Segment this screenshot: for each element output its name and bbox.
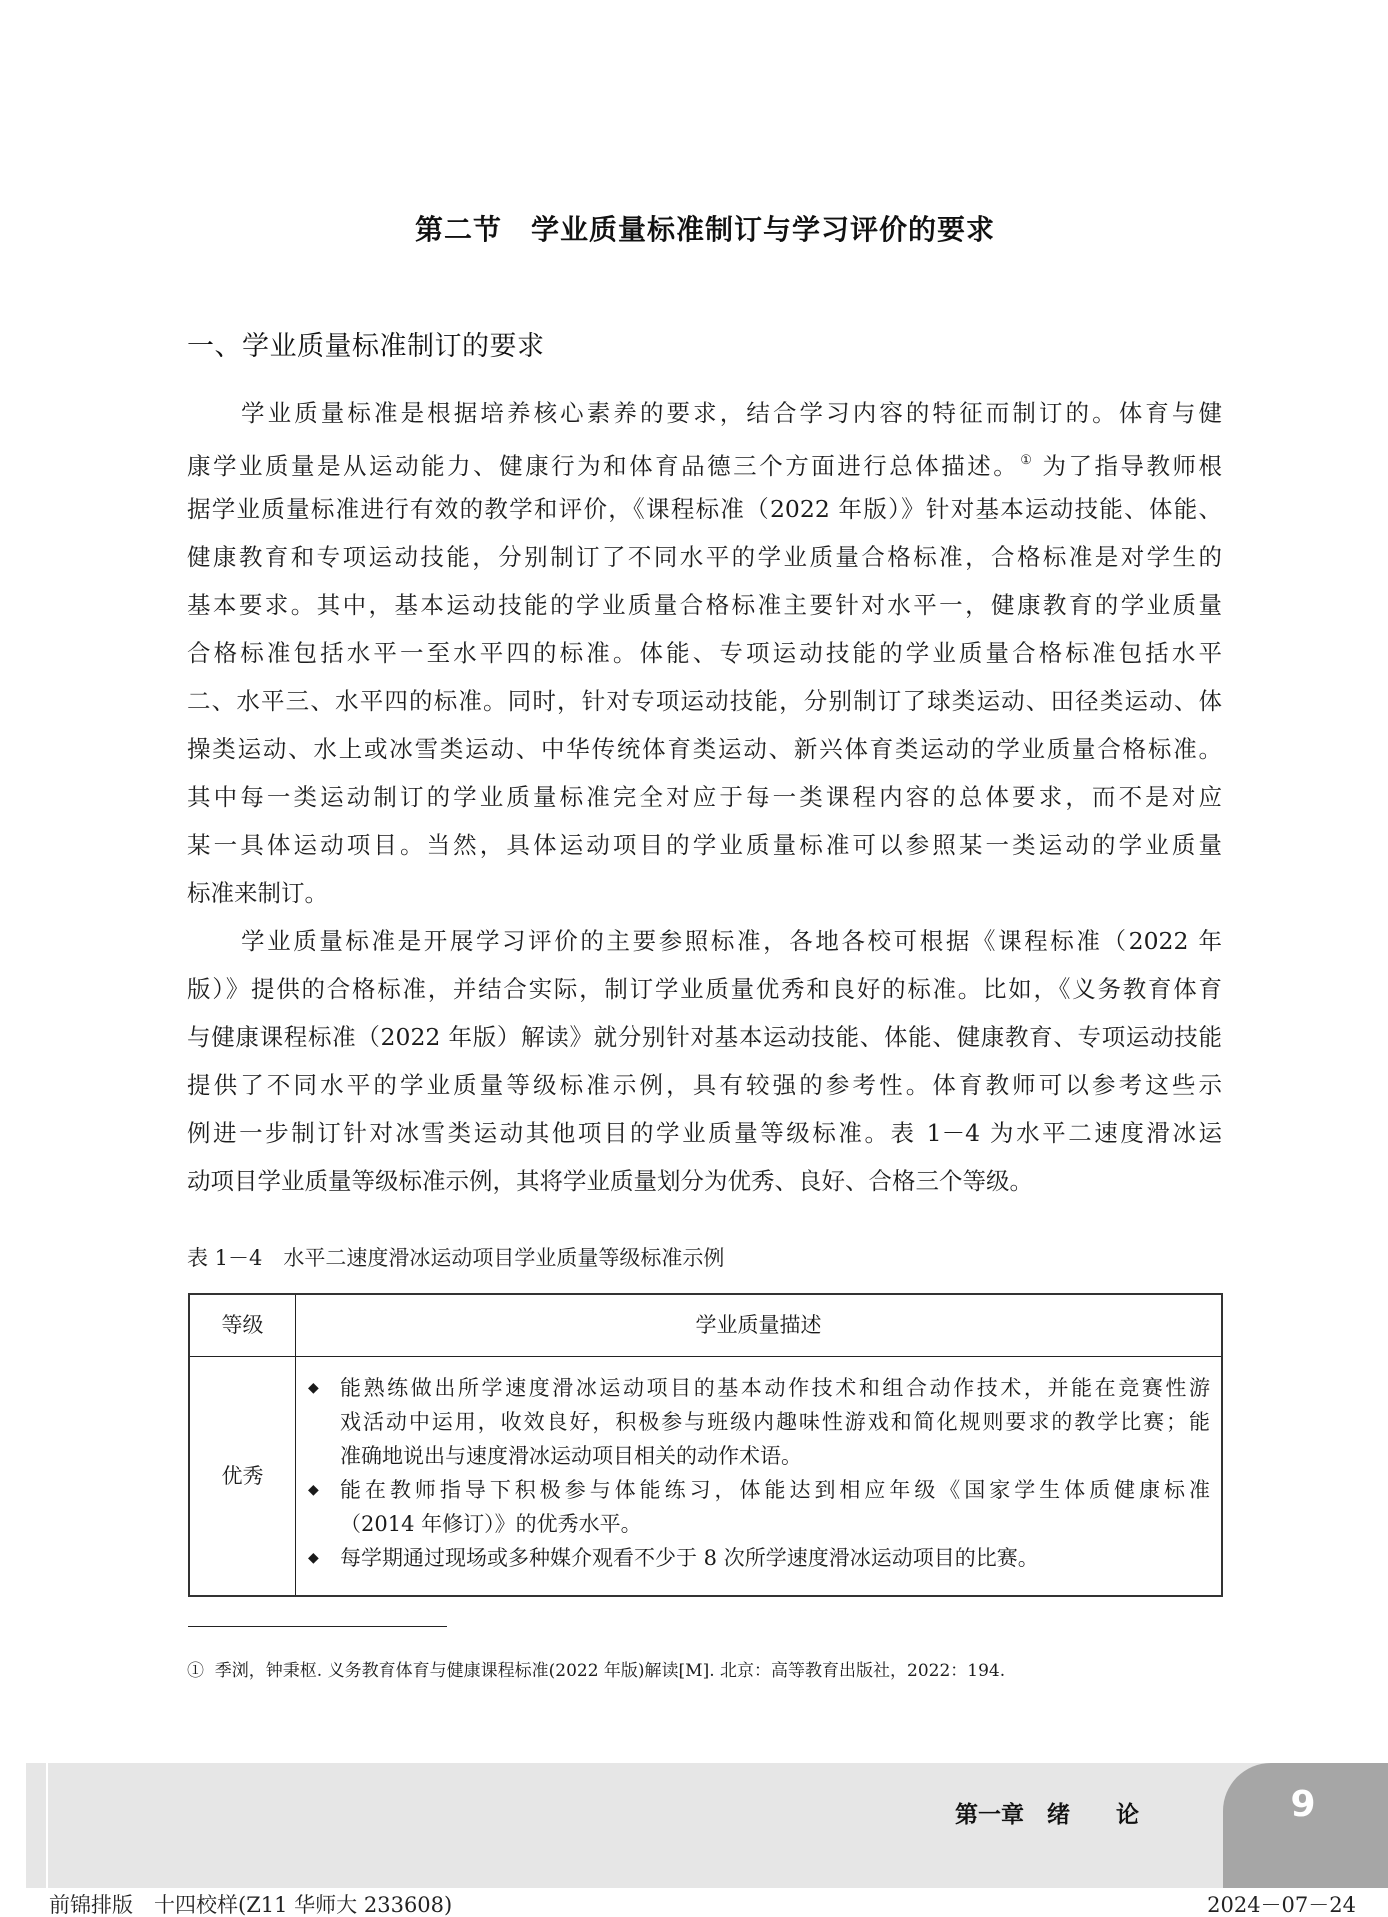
paragraph-line: 学业质量标准是根据培养核心素养的要求，结合学习内容的特征而制订的。体育与健 [241,398,1222,428]
paragraph-line: 学业质量标准是开展学习评价的主要参照标准，各地各校可根据《课程标准（2022 年 [241,926,1222,956]
table-cell-line: 能在教师指导下积极参与体能练习，体能达到相应年级《国家学生体质健康标准 [340,1473,1210,1507]
paragraph-line: 与健康课程标准（2022 年版）解读》就分别针对基本运动技能、体能、健康教育、专… [187,1022,1222,1052]
paragraph-line: 据学业质量标准进行有效的教学和评价，《课程标准（2022 年版）》针对基本运动技… [187,494,1222,524]
paragraph-line: 动项目学业质量等级标准示例，其将学业质量划分为优秀、良好、合格三个等级。 [187,1166,1222,1196]
table-cell-line: 能熟练做出所学速度滑冰运动项目的基本动作技术和组合动作技术，并能在竞赛性游 [340,1371,1210,1405]
sub-heading: 一、学业质量标准制订的要求 [187,324,545,363]
table-caption: 表 1－4 水平二速度滑冰运动项目学业质量等级标准示例 [187,1242,724,1272]
page-number-tab [1223,1763,1388,1888]
table-column-divider [295,1295,296,1595]
paragraph-line: 二、水平三、水平四的标准。同时，针对专项运动技能，分别制订了球类运动、田径类运动… [187,686,1222,716]
table-cell-line: 每学期通过现场或多种媒介观看不少于 8 次所学速度滑冰运动项目的比赛。 [340,1541,1210,1575]
diamond-bullet-icon: ◆ [308,1541,319,1575]
table-header-description: 学业质量描述 [296,1309,1221,1339]
paragraph-line: 基本要求。其中，基本运动技能的学业质量合格标准主要针对水平一，健康教育的学业质量 [187,590,1222,620]
print-info: 前锦排版 十四校样(Z11 华师大 233608) [49,1889,452,1917]
table-cell-line: 准确地说出与速度滑冰运动项目相关的动作术语。 [340,1439,1210,1473]
paragraph-line: 合格标准包括水平一至水平四的标准。体能、专项运动技能的学业质量合格标准包括水平 [187,638,1222,668]
paragraph-line: 提供了不同水平的学业质量等级标准示例，具有较强的参考性。体育教师可以参考这些示 [187,1070,1222,1100]
diamond-bullet-icon: ◆ [308,1371,319,1405]
paragraph-line-text: 为了指导教师根 [1042,452,1222,480]
paragraph-line: 某一具体运动项目。当然，具体运动项目的学业质量标准可以参照某一类运动的学业质量 [187,830,1222,860]
footnote-marker[interactable]: ① [1020,453,1034,468]
table-row-divider [190,1356,1221,1357]
paragraph-line-text: 康学业质量是从运动能力、健康行为和体育品德三个方面进行总体描述。 [187,452,1019,480]
paragraph-line: 操类运动、水上或冰雪类运动、中华传统体育类运动、新兴体育类运动的学业质量合格标准… [187,734,1222,764]
section-title: 第二节 学业质量标准制订与学习评价的要求 [0,208,1388,248]
table-cell-line: （2014 年修订）》的优秀水平。 [340,1507,1210,1541]
table-cell-grade: 优秀 [190,1460,295,1490]
diamond-bullet-icon: ◆ [308,1473,319,1507]
quality-standards-table: 等级 学业质量描述 优秀 ◆ 能熟练做出所学速度滑冰运动项目的基本动作技术和组合… [188,1293,1223,1597]
table-cell-line: 戏活动中运用，收效良好，积极参与班级内趣味性游戏和简化规则要求的教学比赛；能 [340,1405,1210,1439]
print-date: 2024－07－24 [1207,1889,1356,1917]
paragraph-line: 其中每一类运动制订的学业质量标准完全对应于每一类课程内容的总体要求，而不是对应 [187,782,1222,812]
paragraph-line: 健康教育和专项运动技能，分别制订了不同水平的学业质量合格标准，合格标准是对学生的 [187,542,1222,572]
table-header-grade: 等级 [190,1309,295,1339]
chapter-label: 第一章 绪 论 [955,1796,1139,1829]
paragraph-line: 标准来制订。 [187,878,1222,908]
paragraph-line: 例进一步制订针对冰雪类运动其他项目的学业质量等级标准。表 1－4 为水平二速度滑… [187,1118,1222,1148]
paragraph-line: 版）》提供的合格标准，并结合实际，制订学业质量优秀和良好的标准。比如，《义务教育… [187,974,1222,1004]
footnote: ① 季浏，钟秉枢. 义务教育体育与健康课程标准(2022 年版)解读[M]. 北… [187,1656,1005,1681]
paragraph-line: 康学业质量是从运动能力、健康行为和体育品德三个方面进行总体描述。①为了指导教师根 [187,446,1222,476]
footer-band [26,1763,1388,1888]
page-number: 9 [1223,1784,1383,1825]
footnote-divider [188,1626,447,1627]
footer-band-divider [46,1763,48,1888]
